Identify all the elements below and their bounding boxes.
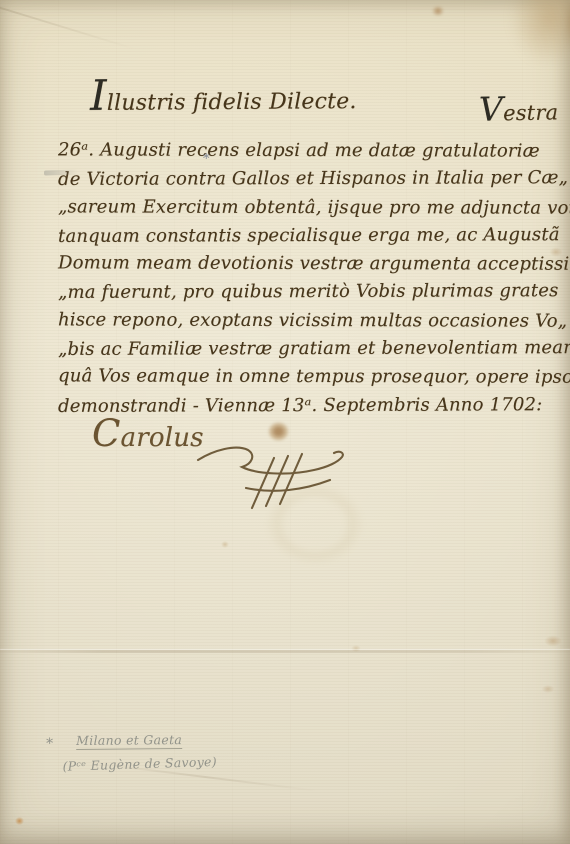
letter-line: „ma fuerunt, pro quibus meritò Vobis plu… bbox=[58, 278, 564, 308]
foxing-spot-1 bbox=[220, 540, 230, 549]
manuscript-letter-page: Illustris fidelis Dilecte. Vestra 26ᵃ. A… bbox=[0, 0, 570, 844]
horizontal-fold-crease bbox=[0, 650, 570, 653]
signature-paraph-flourish bbox=[196, 430, 346, 512]
footnote-text-line1: Milano et Gaeta bbox=[76, 732, 182, 750]
letter-body: 26ᵃ. Augusti recens elapsi ad me datæ gr… bbox=[58, 137, 564, 420]
top-left-crease bbox=[0, 4, 135, 50]
letter-line: de Victoria contra Gallos et Hispanos in… bbox=[58, 164, 564, 194]
stain-right-edge-2 bbox=[542, 634, 564, 648]
letter-line: Domum meam devotionis vestræ argumenta a… bbox=[58, 250, 564, 280]
foxing-spot-2 bbox=[350, 644, 362, 653]
letter-line: hisce repono, exoptans vicissim multas o… bbox=[58, 306, 564, 336]
heading-word-vestra: Vestra bbox=[479, 96, 559, 125]
letter-line: „bis ac Familiæ vestræ gratiam et benevo… bbox=[58, 334, 564, 364]
pencil-asterisk-marker: * bbox=[203, 152, 210, 167]
footnote-asterisk: * bbox=[46, 736, 54, 752]
letter-line: demonstrandi - Viennæ 13ᵃ. Septembris An… bbox=[58, 391, 564, 421]
stain-top-right-edge bbox=[508, 0, 570, 158]
letter-line: quâ Vos eamque in omne tempus prosequor,… bbox=[58, 363, 564, 393]
signature-carolus: Carolus bbox=[92, 420, 204, 453]
stain-right-edge-3 bbox=[540, 684, 556, 694]
stain-bottom-left-spot bbox=[14, 816, 25, 826]
salutation: Illustris fidelis Dilecte. bbox=[90, 81, 357, 116]
letter-line: „sareum Exercitum obtentâ, ijsque pro me… bbox=[58, 193, 564, 223]
letter-line: 26ᵃ. Augusti recens elapsi ad me datæ gr… bbox=[58, 136, 564, 166]
footnote-text-line2: (Pᶜᵉ Eugène de Savoye) bbox=[62, 754, 217, 774]
letter-line: tanquam constantis specialisque erga me,… bbox=[58, 221, 564, 251]
stain-top-center-spot bbox=[430, 4, 446, 18]
